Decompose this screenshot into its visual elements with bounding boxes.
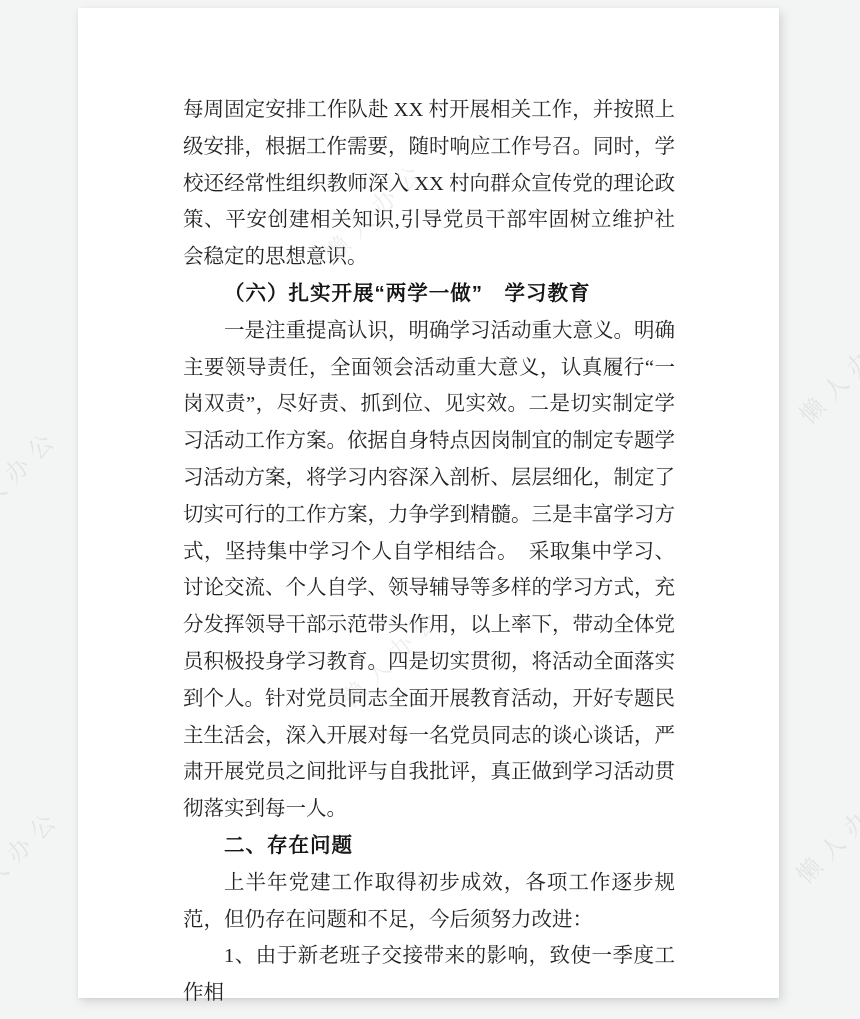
doc-heading: 二、存在问题 [183, 828, 675, 865]
watermark: 懒人办公 [787, 772, 860, 890]
doc-paragraph: 1、由于新老班子交接带来的影响，致使一季度工作相 [183, 938, 675, 1012]
watermark: 懒人办公 [0, 418, 66, 536]
doc-heading: （六）扎实开展“两学一做” 学习教育 [183, 276, 675, 313]
doc-paragraph: 上半年党建工作取得初步成效，各项工作逐步规范，但仍存在问题和不足，今后须努力改进… [183, 865, 675, 939]
watermark: 懒人办公 [790, 312, 860, 430]
document-preview: 每周固定安排工作队赴 XX 村开展相关工作，并按照上级安排，根据工作需要，随时响… [0, 0, 860, 1019]
page-sheet: 每周固定安排工作队赴 XX 村开展相关工作，并按照上级安排，根据工作需要，随时响… [78, 8, 779, 998]
document-body: 每周固定安排工作队赴 XX 村开展相关工作，并按照上级安排，根据工作需要，随时响… [183, 92, 675, 1012]
doc-paragraph: 每周固定安排工作队赴 XX 村开展相关工作，并按照上级安排，根据工作需要，随时响… [183, 92, 675, 276]
doc-paragraph: 一是注重提高认识，明确学习活动重大意义。明确主要领导责任，全面领会活动重大意义，… [183, 313, 675, 828]
watermark: 懒人办公 [0, 798, 68, 916]
